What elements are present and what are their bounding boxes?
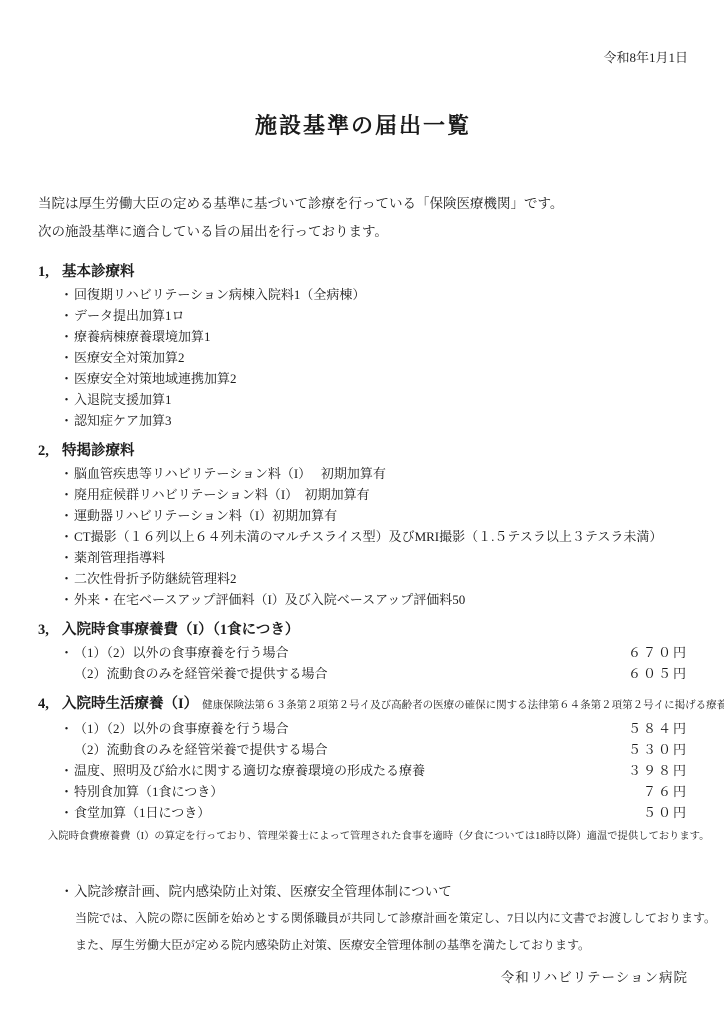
item-price: ７６円 <box>600 781 688 802</box>
item-label: 外来・在宅ベースアップ評価料（I）及び入院ベースアップ評価料50 <box>74 589 465 610</box>
item-bullet: ・ <box>60 589 74 610</box>
sections: 1, 基本診療料 ・ 回復期リハビリテーション病棟入院料1（全病棟） ・ データ… <box>38 260 688 845</box>
item-bullet: ・ <box>60 410 74 431</box>
about-line: 当院では、入院の際に医師を始めとする関係職員が共同して診療計画を策定し、7日以内… <box>75 905 688 932</box>
price-row: ・ （1）（2）以外の食事療養を行う場合 ６７０円 <box>60 642 688 663</box>
item-bullet: ・ <box>60 347 74 368</box>
list-item: ・ 回復期リハビリテーション病棟入院料1（全病棟） <box>60 284 688 305</box>
item-bullet: ・ <box>60 718 74 739</box>
section-items: ・ （1）（2）以外の食事療養を行う場合 ６７０円 （2）流動食のみを経管栄養で… <box>38 642 688 684</box>
list-item: ・ 療養病棟療養環境加算1 <box>60 326 688 347</box>
item-label: 医療安全対策加算2 <box>74 347 185 368</box>
list-item: ・ 外来・在宅ベースアップ評価料（I）及び入院ベースアップ評価料50 <box>60 589 688 610</box>
item-bullet: ・ <box>60 368 74 389</box>
item-bullet: ・ <box>60 484 74 505</box>
section-heading: 2, 特掲診療料 <box>38 439 688 463</box>
item-label: 薬剤管理指導料 <box>74 547 165 568</box>
list-item: ・ 廃用症候群リハビリテーション料（I） 初期加算有 <box>60 484 688 505</box>
item-label: （2）流動食のみを経管栄養で提供する場合 <box>74 739 328 760</box>
item-label: （1）（2）以外の食事療養を行う場合 <box>74 718 289 739</box>
section-number: 3, <box>38 618 62 642</box>
item-price: ５０円 <box>600 802 688 823</box>
list-item: ・ 入退院支援加算1 <box>60 389 688 410</box>
section-number: 1, <box>38 260 62 284</box>
item-bullet: ・ <box>60 463 74 484</box>
price-row: （2）流動食のみを経管栄養で提供する場合 ６０５円 <box>60 663 688 684</box>
section-heading: 3, 入院時食事療養費（I）（1食につき） <box>38 618 688 642</box>
document-date: 令和8年1月1日 <box>38 50 688 66</box>
item-bullet: ・ <box>60 547 74 568</box>
item-label: （2）流動食のみを経管栄養で提供する場合 <box>74 663 328 684</box>
section-heading-label: 特掲診療料 <box>62 439 135 463</box>
meal-service-note: 入院時食費療養費（I）の算定を行っており、管理栄養士によって管理された食事を適時… <box>38 828 688 845</box>
intro-line: 次の施設基準に適合している旨の届出を行っております。 <box>38 218 688 246</box>
section-basic-fees: 1, 基本診療料 ・ 回復期リハビリテーション病棟入院料1（全病棟） ・ データ… <box>38 260 688 431</box>
section-heading-note: 健康保険法第６３条第２項第２号イ及び高齢者の医療の確保に関する法律第６４条第２項… <box>202 694 724 718</box>
price-row: ・ （1）（2）以外の食事療養を行う場合 ５８４円 <box>60 718 688 739</box>
list-item: ・ 二次性骨折予防継続管理料2 <box>60 568 688 589</box>
item-label: 廃用症候群リハビリテーション料（I） 初期加算有 <box>74 484 370 505</box>
price-row: ・ 温度、照明及び給水に関する適切な療養環境の形成たる療養 ３９８円 <box>60 760 688 781</box>
hospital-name: 令和リハビリテーション病院 <box>501 966 688 986</box>
list-item: ・ 薬剤管理指導料 <box>60 547 688 568</box>
item-bullet: ・ <box>60 760 74 781</box>
section-number: 4, <box>38 692 62 716</box>
item-label: 運動器リハビリテーション料（I）初期加算有 <box>74 505 337 526</box>
list-item: ・ 運動器リハビリテーション料（I）初期加算有 <box>60 505 688 526</box>
about-heading-label: 入院診療計画、院内感染防止対策、医療安全管理体制について <box>74 879 452 905</box>
item-label: 入退院支援加算1 <box>74 389 172 410</box>
item-label: （1）（2）以外の食事療養を行う場合 <box>74 642 289 663</box>
item-label: データ提出加算1ロ <box>74 305 185 326</box>
list-item: ・ データ提出加算1ロ <box>60 305 688 326</box>
section-number: 2, <box>38 439 62 463</box>
section-heading-label: 入院時生活療養（I） <box>62 692 198 716</box>
section-special-fees: 2, 特掲診療料 ・ 脳血管疾患等リハビリテーション料（I） 初期加算有 ・ 廃… <box>38 439 688 610</box>
list-item: ・ 脳血管疾患等リハビリテーション料（I） 初期加算有 <box>60 463 688 484</box>
item-bullet: ・ <box>60 505 74 526</box>
item-label: 回復期リハビリテーション病棟入院料1（全病棟） <box>74 284 365 305</box>
document-page: 令和8年1月1日 施設基準の届出一覧 当院は厚生労働大臣の定める基準に基づいて診… <box>0 0 724 959</box>
item-bullet: ・ <box>60 568 74 589</box>
list-item: ・ 医療安全対策加算2 <box>60 347 688 368</box>
section-items: ・ 脳血管疾患等リハビリテーション料（I） 初期加算有 ・ 廃用症候群リハビリテ… <box>38 463 688 610</box>
section-heading-label: 入院時食事療養費（I）（1食につき） <box>62 618 299 642</box>
list-item: ・ 医療安全対策地域連携加算2 <box>60 368 688 389</box>
about-heading-row: ・ 入院診療計画、院内感染防止対策、医療安全管理体制について <box>60 879 688 905</box>
item-price: ６０５円 <box>600 663 688 684</box>
price-row: ・ 食堂加算（1日につき） ５０円 <box>60 802 688 823</box>
item-label: 二次性骨折予防継続管理料2 <box>74 568 237 589</box>
price-row: ・ 特別食加算（1食につき） ７６円 <box>60 781 688 802</box>
about-block: ・ 入院診療計画、院内感染防止対策、医療安全管理体制について 当院では、入院の際… <box>38 879 688 959</box>
item-label: 医療安全対策地域連携加算2 <box>74 368 237 389</box>
item-bullet: ・ <box>60 305 74 326</box>
about-line: また、厚生労働大臣が定める院内感染防止対策、医療安全管理体制の基準を満たしており… <box>75 932 688 959</box>
item-label: 脳血管疾患等リハビリテーション料（I） 初期加算有 <box>74 463 386 484</box>
section-items: ・ 回復期リハビリテーション病棟入院料1（全病棟） ・ データ提出加算1ロ ・ … <box>38 284 688 431</box>
item-label: 療養病棟療養環境加算1 <box>74 326 211 347</box>
list-item: ・ 認知症ケア加算3 <box>60 410 688 431</box>
intro-line: 当院は厚生労働大臣の定める基準に基づいて診療を行っている「保険医療機関」です。 <box>38 190 688 218</box>
item-bullet: ・ <box>60 879 74 905</box>
intro-paragraph: 当院は厚生労働大臣の定める基準に基づいて診療を行っている「保険医療機関」です。 … <box>38 190 688 246</box>
item-bullet: ・ <box>60 526 74 547</box>
page-title: 施設基準の届出一覧 <box>38 110 688 142</box>
item-label: 温度、照明及び給水に関する適切な療養環境の形成たる療養 <box>74 760 425 781</box>
section-meal-fee: 3, 入院時食事療養費（I）（1食につき） ・ （1）（2）以外の食事療養を行う… <box>38 618 688 684</box>
item-bullet: ・ <box>60 642 74 663</box>
item-price: ５８４円 <box>600 718 688 739</box>
item-price: ５３０円 <box>600 739 688 760</box>
section-living-care: 4, 入院時生活療養（I） 健康保険法第６３条第２項第２号イ及び高齢者の医療の確… <box>38 692 688 845</box>
item-label: 認知症ケア加算3 <box>74 410 172 431</box>
item-bullet: ・ <box>60 389 74 410</box>
section-items: ・ （1）（2）以外の食事療養を行う場合 ５８４円 （2）流動食のみを経管栄養で… <box>38 718 688 823</box>
item-bullet: ・ <box>60 802 74 823</box>
about-paragraph: 当院では、入院の際に医師を始めとする関係職員が共同して診療計画を策定し、7日以内… <box>60 905 688 959</box>
item-label: 食堂加算（1日につき） <box>74 802 210 823</box>
item-label: 特別食加算（1食につき） <box>74 781 223 802</box>
item-label: CT撮影（１６列以上６４列未満のマルチスライス型）及びMRI撮影（１.５テスラ以… <box>74 526 662 547</box>
item-price: ３９８円 <box>600 760 688 781</box>
item-bullet: ・ <box>60 326 74 347</box>
list-item: ・ CT撮影（１６列以上６４列未満のマルチスライス型）及びMRI撮影（１.５テス… <box>60 526 688 547</box>
item-bullet: ・ <box>60 781 74 802</box>
item-bullet: ・ <box>60 284 74 305</box>
section-heading-label: 基本診療料 <box>62 260 135 284</box>
section-heading: 4, 入院時生活療養（I） 健康保険法第６３条第２項第２号イ及び高齢者の医療の確… <box>38 692 688 718</box>
price-row: （2）流動食のみを経管栄養で提供する場合 ５３０円 <box>60 739 688 760</box>
section-heading: 1, 基本診療料 <box>38 260 688 284</box>
item-price: ６７０円 <box>600 642 688 663</box>
